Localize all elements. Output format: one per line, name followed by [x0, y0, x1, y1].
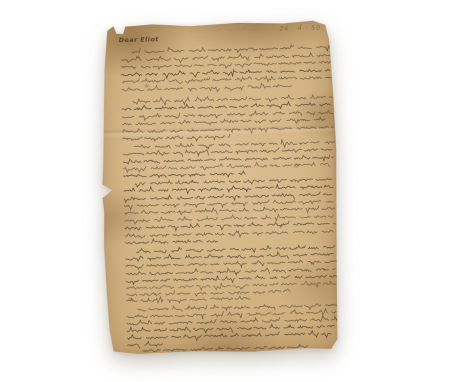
photo-background: 24 · 4 · 50 Dear Eliot: [0, 0, 468, 382]
handwriting-lines: [95, 18, 340, 356]
handwriting-strokes: [120, 24, 339, 352]
letter-sheet: 24 · 4 · 50 Dear Eliot: [95, 18, 340, 356]
aged-paper: 24 · 4 · 50 Dear Eliot: [95, 18, 340, 356]
